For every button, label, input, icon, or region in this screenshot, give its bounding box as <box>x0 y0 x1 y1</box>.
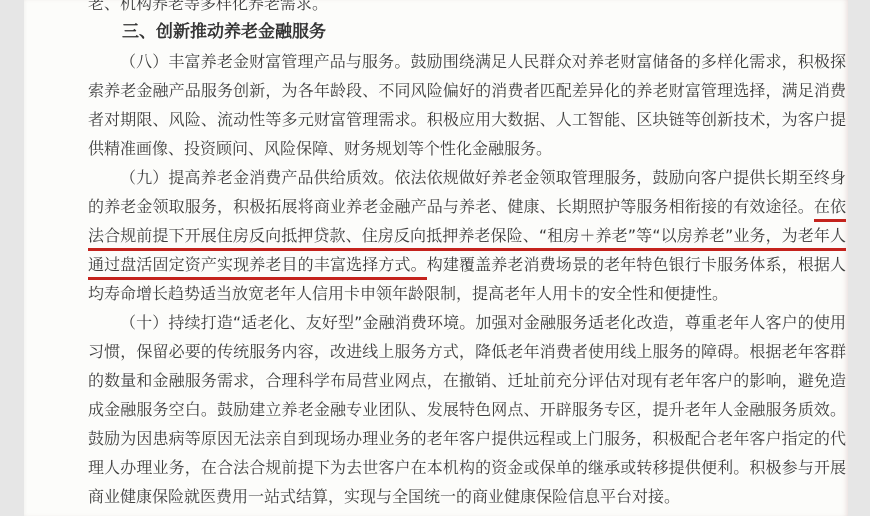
clipped-top-line: 老、机构养老等多样化养老需求。 <box>88 0 846 18</box>
paragraph-item-9: （九）提高养老金消费产品供给质效。依法依规做好养老金领取管理服务，鼓励向客户提供… <box>88 163 846 308</box>
paragraph-item-8: （八）丰富养老金财富管理产品与服务。鼓励围绕满足人民群众对养老财富储备的多样化需… <box>88 47 846 163</box>
document-page: 老、机构养老等多样化养老需求。 三、创新推动养老金融服务 （八）丰富养老金财富管… <box>24 0 848 516</box>
paragraph-item-10: （十）持续打造“适老化、友好型”金融消费环境。加强对金融服务适老化改造，尊重老年… <box>88 308 846 511</box>
document-viewport: 老、机构养老等多样化养老需求。 三、创新推动养老金融服务 （八）丰富养老金财富管… <box>0 0 870 516</box>
document-body: 老、机构养老等多样化养老需求。 三、创新推动养老金融服务 （八）丰富养老金财富管… <box>88 0 846 511</box>
paragraph-9-lead-text: （九）提高养老金消费产品供给质效。依法依规做好养老金领取管理服务，鼓励向客户提供… <box>88 168 846 216</box>
section-heading: 三、创新推动养老金融服务 <box>88 18 846 47</box>
